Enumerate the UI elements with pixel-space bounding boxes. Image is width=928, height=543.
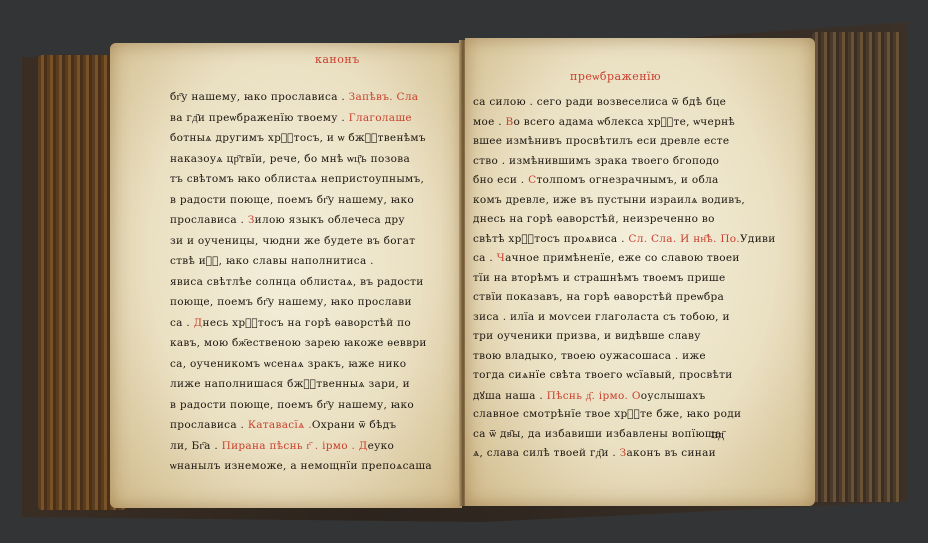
text-line: ли, Бг҃а . Пирана пѣснь г҃ . ірмо . Деук…	[170, 440, 394, 452]
text-line: ствїи показавъ, на горѣ ѳаворстѣй преѡбр…	[473, 291, 724, 303]
text-line: ѧ, слава силѣ твоей гд҃и . Законъ въ син…	[473, 447, 716, 459]
folio-number: пд҃	[711, 428, 724, 441]
left-running-head: канонъ	[315, 53, 360, 66]
right-page: преѡбраженїю са силою . сего ради возвес…	[465, 38, 815, 506]
text-line: комъ древле, иже въ пустыни израилѧ води…	[473, 194, 745, 206]
text-line: дꙋша наша . Пѣснь д҃. ірмо. Ооуслышахъ	[473, 389, 705, 403]
right-running-head: преѡбраженїю	[570, 70, 661, 83]
text-line: ствѣ иⷯ҇, ꙗко славы наполнитиса .	[170, 255, 374, 267]
text-line: са . Чачное примѣненїе, еже со славою тв…	[473, 252, 740, 264]
text-line: днесь на горѣ ѳаворстѣй, неизреченно во	[473, 213, 715, 225]
text-line: в радости поюще, поемъ бг҃у нашему, ꙗко	[170, 194, 414, 206]
text-line: явиса свѣтлѣе солнца облистаѧ, въ радост…	[170, 276, 424, 288]
text-line: мое . Во всего адама ѡблекса хрⷭ҇те, ѡче…	[473, 116, 735, 128]
right-page-edges	[812, 32, 902, 502]
open-book-photo: канонъ бг҃у нашему, ꙗко прослависа . Зап…	[0, 0, 928, 543]
text-line: прослависа . Катавасїѧ .Охрани ѿ бѣдъ	[170, 419, 396, 431]
text-line: са . Днесь хрⷭ҇тосъ на горѣ ѳаворстѣй по	[170, 317, 411, 329]
text-line: в радости поюще, поемъ бг҃у нашему, ꙗко	[170, 399, 414, 411]
text-line: лиже наполнишася бжⷭ҇твенныѧ зари, и	[170, 378, 410, 390]
text-line: тїи на вторѣмъ и страшнѣмъ твоемъ прише	[473, 272, 726, 284]
text-line: тогда сиѧнїе свѣта твоего ѡсїавый, просв…	[473, 369, 733, 381]
text-line: прослависа . Зилою языкъ облечеса дру	[170, 214, 405, 226]
text-line: са силою . сего ради возвеселиса ѿ бдѣ б…	[473, 96, 726, 108]
text-line: наказоуѧ цр҃твїи, рече, бо мнѣ ѡц҃ъ позо…	[170, 153, 410, 165]
text-line: бг҃у нашему, ꙗко прослависа . Запѣвъ. Сл…	[170, 91, 418, 103]
text-line: са, оученикомъ ѡсенаѧ зракъ, ꙗже нико	[170, 358, 406, 370]
text-line: ство . измѣнившимъ зрака твоего бгоподо	[473, 155, 719, 167]
text-line: славное смотрѣнїе твое хрⷭ҇те бже, ꙗко р…	[473, 408, 741, 420]
text-line: ботныѧ другимъ хрⷭ҇тосъ, и ѡ бжⷭ҇твенѣмъ	[170, 132, 426, 144]
text-line: зиса . илїа и моѵсеи глаголаста съ тобою…	[473, 311, 730, 323]
text-line: три оученики призва, и видѣвше славу	[473, 330, 701, 342]
text-line: вшее измѣнивъ просвѣтилъ еси древле есте	[473, 135, 729, 147]
text-line: свѣтѣ хрⷭ҇тосъ проѧвиса . Сл. Сла. И нн҃…	[473, 233, 776, 245]
text-line: ѡнанылъ изнеможе, а немощнїи препоѧсаша	[170, 460, 432, 472]
text-line: зи и оученицы, чюдни же будете въ богат	[170, 235, 415, 247]
text-line: тъ свѣтомъ ꙗко облистаѧ непристоупнымъ,	[170, 173, 424, 185]
left-page: канонъ бг҃у нашему, ꙗко прослависа . Зап…	[110, 43, 462, 508]
text-line: ва гд҃и преѡбраженїю твоему . Глаголаше	[170, 112, 412, 124]
text-line: са ѿ дв҃ы, да избавиши избавлены вопїюща	[473, 428, 722, 440]
text-line: бно еси . Столпомъ огнезрачнымъ, и обла	[473, 174, 719, 186]
text-line: твою владыко, твоею оужасошаса . иже	[473, 350, 706, 362]
text-line: поюще, поемъ бг҃у нашему, ꙗко прослави	[170, 296, 412, 308]
text-line: кавъ, мою бж҃ественою зарею ꙗкоже ѳевври	[170, 337, 427, 349]
